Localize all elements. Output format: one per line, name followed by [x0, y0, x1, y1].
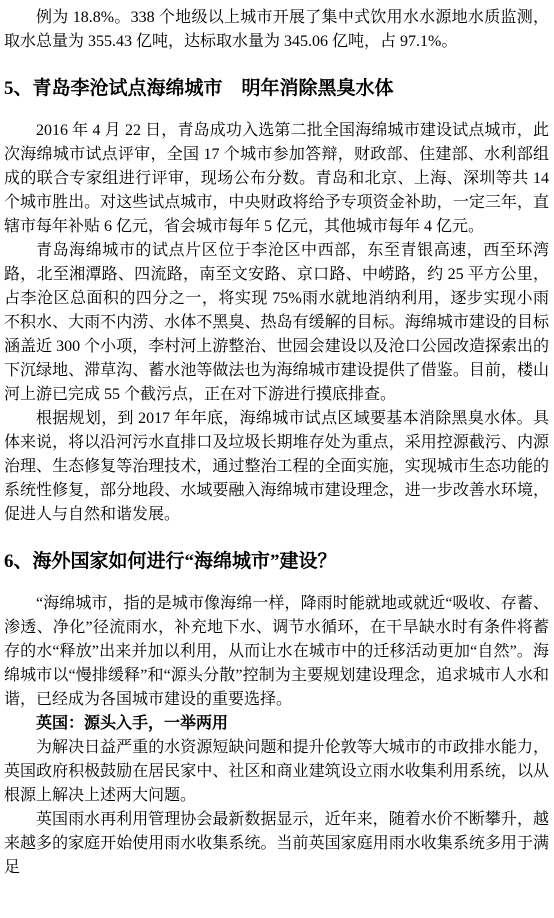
- section-5-heading: 5、青岛李沧试点海绵城市 明年消除黑臭水体: [4, 76, 549, 102]
- paragraph-uk-rainwater-data: 英国雨水再利用管理协会最新数据显示，近年来，随着水价不断攀升，越来越多的家庭开始…: [4, 808, 549, 880]
- section-6-heading: 6、海外国家如何进行“海绵城市”建设？: [4, 549, 549, 575]
- paragraph-qingdao-selection: 2016 年 4 月 22 日，青岛成功入选第二批全国海绵城市建设试点城市，此次…: [4, 119, 549, 239]
- uk-subheading: 英国：源头入手，一举两用: [4, 712, 549, 736]
- paragraph-pilot-area: 青岛海绵城市的试点片区位于李沧区中西部，东至青银高速，西至环湾路，北至湘潭路、四…: [4, 239, 549, 407]
- paragraph-uk-policy: 为解决日益严重的水资源短缺问题和提升伦敦等大城市的市政排水能力，英国政府积极鼓励…: [4, 736, 549, 808]
- document-page: 例为 18.8%。338 个地级以上城市开展了集中式饮用水水源地水质监测，取水总…: [0, 0, 554, 918]
- paragraph-sponge-city-definition: “海绵城市，指的是城市像海绵一样，降雨时能就地或就近“吸收、存蓄、渗透、净化”径…: [4, 592, 549, 712]
- paragraph-2017-plan: 根据规划，到 2017 年年底，海绵城市试点区域要基本消除黑臭水体。具体来说，将…: [4, 407, 549, 527]
- paragraph-continued-water-quality: 例为 18.8%。338 个地级以上城市开展了集中式饮用水水源地水质监测，取水总…: [4, 6, 549, 54]
